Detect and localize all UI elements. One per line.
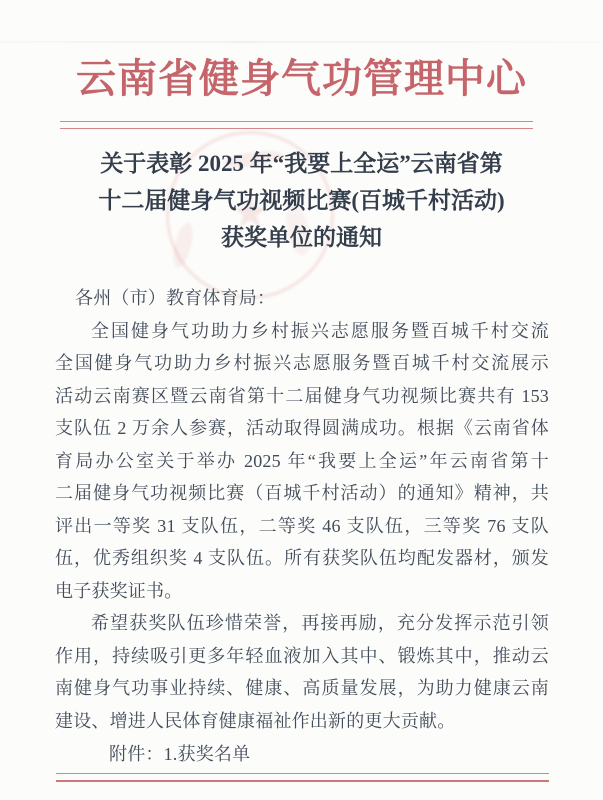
document-page: 云南省健身气功管理中心 ★ 关于表彰 2025 年“我要上全运”云南省第十二届健… bbox=[0, 0, 603, 800]
body-line: 评出一等奖 31 支队伍，二等奖 46 支队伍，三等奖 76 支队 bbox=[55, 510, 549, 543]
notice-title: 关于表彰 2025 年“我要上全运”云南省第十二届健身气功视频比赛(百城千村活动… bbox=[30, 145, 573, 256]
letterhead-divider bbox=[60, 121, 533, 129]
letterhead-org-name: 云南省健身气功管理中心 bbox=[0, 54, 603, 104]
notice-title-line: 十二届健身气功视频比赛(百城千村活动) bbox=[30, 182, 573, 219]
body-line: 作用，持续吸引更多年轻血液加入其中、锻炼其中，推动云 bbox=[55, 640, 549, 673]
body-line: 建设、增进人民体育健康福祉作出新的更大贡献。 bbox=[55, 705, 549, 738]
body-line: 希望获奖队伍珍惜荣誉，再接再励，充分发挥示范引领 bbox=[55, 607, 549, 640]
document-body: 各州（市）教育体育局：全国健身气功助力乡村振兴志愿服务暨百城千村交流全国健身气功… bbox=[55, 282, 549, 771]
body-line: 伍，优秀组织奖 4 支队伍。所有获奖队伍均配发器材，颁发 bbox=[55, 542, 549, 575]
footer-divider bbox=[56, 773, 549, 782]
scan-artifact bbox=[0, 41, 603, 43]
body-line: 各州（市）教育体育局： bbox=[55, 282, 549, 315]
body-line: 南健身气功事业持续、健康、高质量发展，为助力健康云南 bbox=[55, 672, 549, 705]
body-line: 附件：1.获奖名单 bbox=[55, 738, 549, 771]
body-line: 支队伍 2 万余人参赛，活动取得圆满成功。根据《云南省体 bbox=[55, 412, 549, 445]
notice-title-line: 关于表彰 2025 年“我要上全运”云南省第 bbox=[30, 145, 573, 182]
body-line: 活动云南赛区暨云南省第十二届健身气功视频比赛共有 153 bbox=[55, 380, 549, 413]
body-line: 电子获奖证书。 bbox=[55, 575, 549, 608]
body-line: 全国健身气功助力乡村振兴志愿服务暨百城千村交流展示 bbox=[55, 347, 549, 380]
body-line: 二届健身气功视频比赛（百城千村活动）的通知》精神，共 bbox=[55, 477, 549, 510]
body-line: 育局办公室关于举办 2025 年“我要上全运”年云南省第十 bbox=[55, 445, 549, 478]
notice-title-line: 获奖单位的通知 bbox=[30, 219, 573, 256]
body-line: 全国健身气功助力乡村振兴志愿服务暨百城千村交流 bbox=[55, 315, 549, 348]
